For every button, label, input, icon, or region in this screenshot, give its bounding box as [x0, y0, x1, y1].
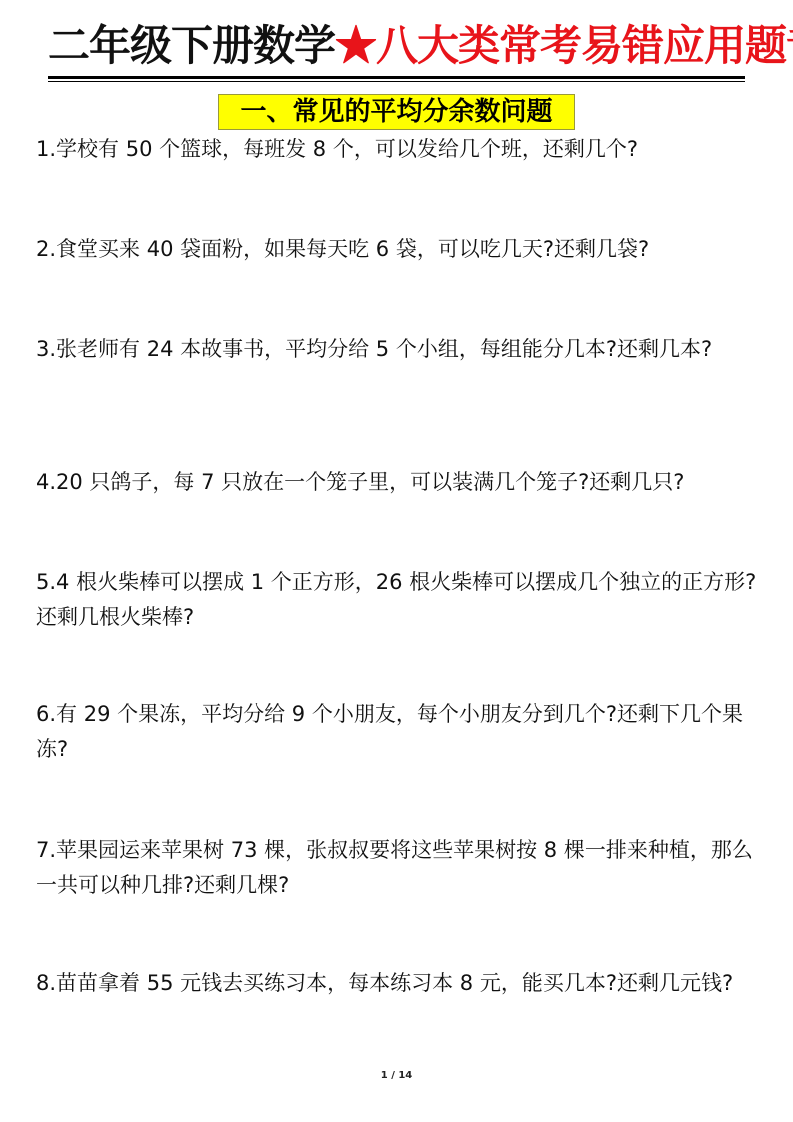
question-6: 6.有 29 个果冻，平均分给 9 个小朋友，每个小朋友分到几个?还剩下几个果冻… [36, 697, 761, 767]
title-grade-subject: 二年级下册数学 [48, 21, 335, 70]
page-indicator: 1 / 14 [0, 1070, 793, 1081]
title-topic: 八大类常考易错应用题专训 [376, 21, 793, 70]
star-icon: ★ [335, 21, 376, 70]
title-underline-thick [48, 76, 745, 79]
question-3: 3.张老师有 24 本故事书，平均分给 5 个小组，每组能分几本?还剩几本? [36, 332, 761, 367]
question-8: 8.苗苗拿着 55 元钱去买练习本，每本练习本 8 元，能买几本?还剩几元钱? [36, 966, 761, 1001]
question-4: 4.20 只鸽子，每 7 只放在一个笼子里，可以装满几个笼子?还剩几只? [36, 465, 761, 500]
question-7: 7.苹果园运来苹果树 73 棵，张叔叔要将这些苹果树按 8 棵一排来种植，那么一… [36, 833, 761, 903]
document-title: 二年级下册数学★八大类常考易错应用题专训 [48, 16, 745, 76]
section-heading: 一、常见的平均分余数问题 [218, 94, 575, 130]
question-1: 1.学校有 50 个篮球，每班发 8 个，可以发给几个班，还剩几个? [36, 132, 761, 167]
question-2: 2.食堂买来 40 袋面粉，如果每天吃 6 袋，可以吃几天?还剩几袋? [36, 232, 761, 267]
question-5: 5.4 根火柴棒可以摆成 1 个正方形，26 根火柴棒可以摆成几个独立的正方形?… [36, 565, 761, 635]
title-underline-thin [48, 81, 745, 82]
